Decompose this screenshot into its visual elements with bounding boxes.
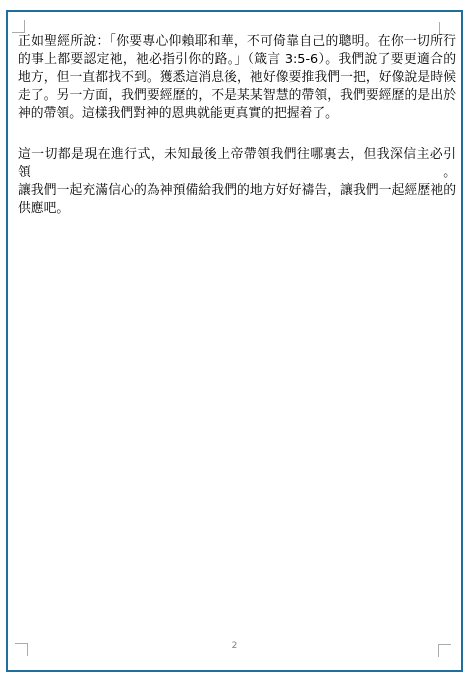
paragraph[interactable]: 正如聖經所說：「你要專心仰賴耶和華，不可倚靠自己的聰明。在你一切所行 的事上都要… — [18, 33, 456, 123]
margin-crop-mark-top-left-icon — [12, 20, 25, 33]
text-line[interactable]: 走了。另一方面，我們要經歷的，不是某某智慧的帶領，我們要經歷的是出於 — [18, 87, 456, 105]
text-line[interactable]: 讓我們一起充滿信心的為神預備給我們的地方好好禱告，讓我們一起經歷祂的 — [18, 182, 456, 200]
text-line[interactable]: 這一切都是現在進行式，未知最後上帝帶領我們往哪裏去，但我深信主必引領。 — [18, 146, 456, 182]
document-canvas: 正如聖經所說：「你要專心仰賴耶和華，不可倚靠自己的聰明。在你一切所行 的事上都要… — [0, 0, 476, 680]
document-text-block[interactable]: 正如聖經所說：「你要專心仰賴耶和華，不可倚靠自己的聰明。在你一切所行 的事上都要… — [18, 33, 456, 218]
text-line[interactable]: 供應吧。 — [18, 200, 456, 218]
text-line[interactable]: 神的帶領。這樣我們對神的恩典就能更真實的把握着了。 — [18, 105, 456, 123]
text-line[interactable]: 地方，但一直都找不到。獲悉這消息後，祂好像要推我們一把，好像說是時候 — [18, 69, 456, 87]
paragraph[interactable]: 這一切都是現在進行式，未知最後上帝帶領我們往哪裏去，但我深信主必引領。 讓我們一… — [18, 146, 456, 218]
page-number: 2 — [8, 640, 461, 652]
document-page[interactable]: 正如聖經所說：「你要專心仰賴耶和華，不可倚靠自己的聰明。在你一切所行 的事上都要… — [6, 10, 463, 672]
text-line[interactable]: 的事上都要認定祂，祂必指引你的路。」（箴言 3:5-6）。我們說了要更適合的 — [18, 51, 456, 69]
text-line[interactable]: 正如聖經所說：「你要專心仰賴耶和華，不可倚靠自己的聰明。在你一切所行 — [18, 33, 456, 51]
